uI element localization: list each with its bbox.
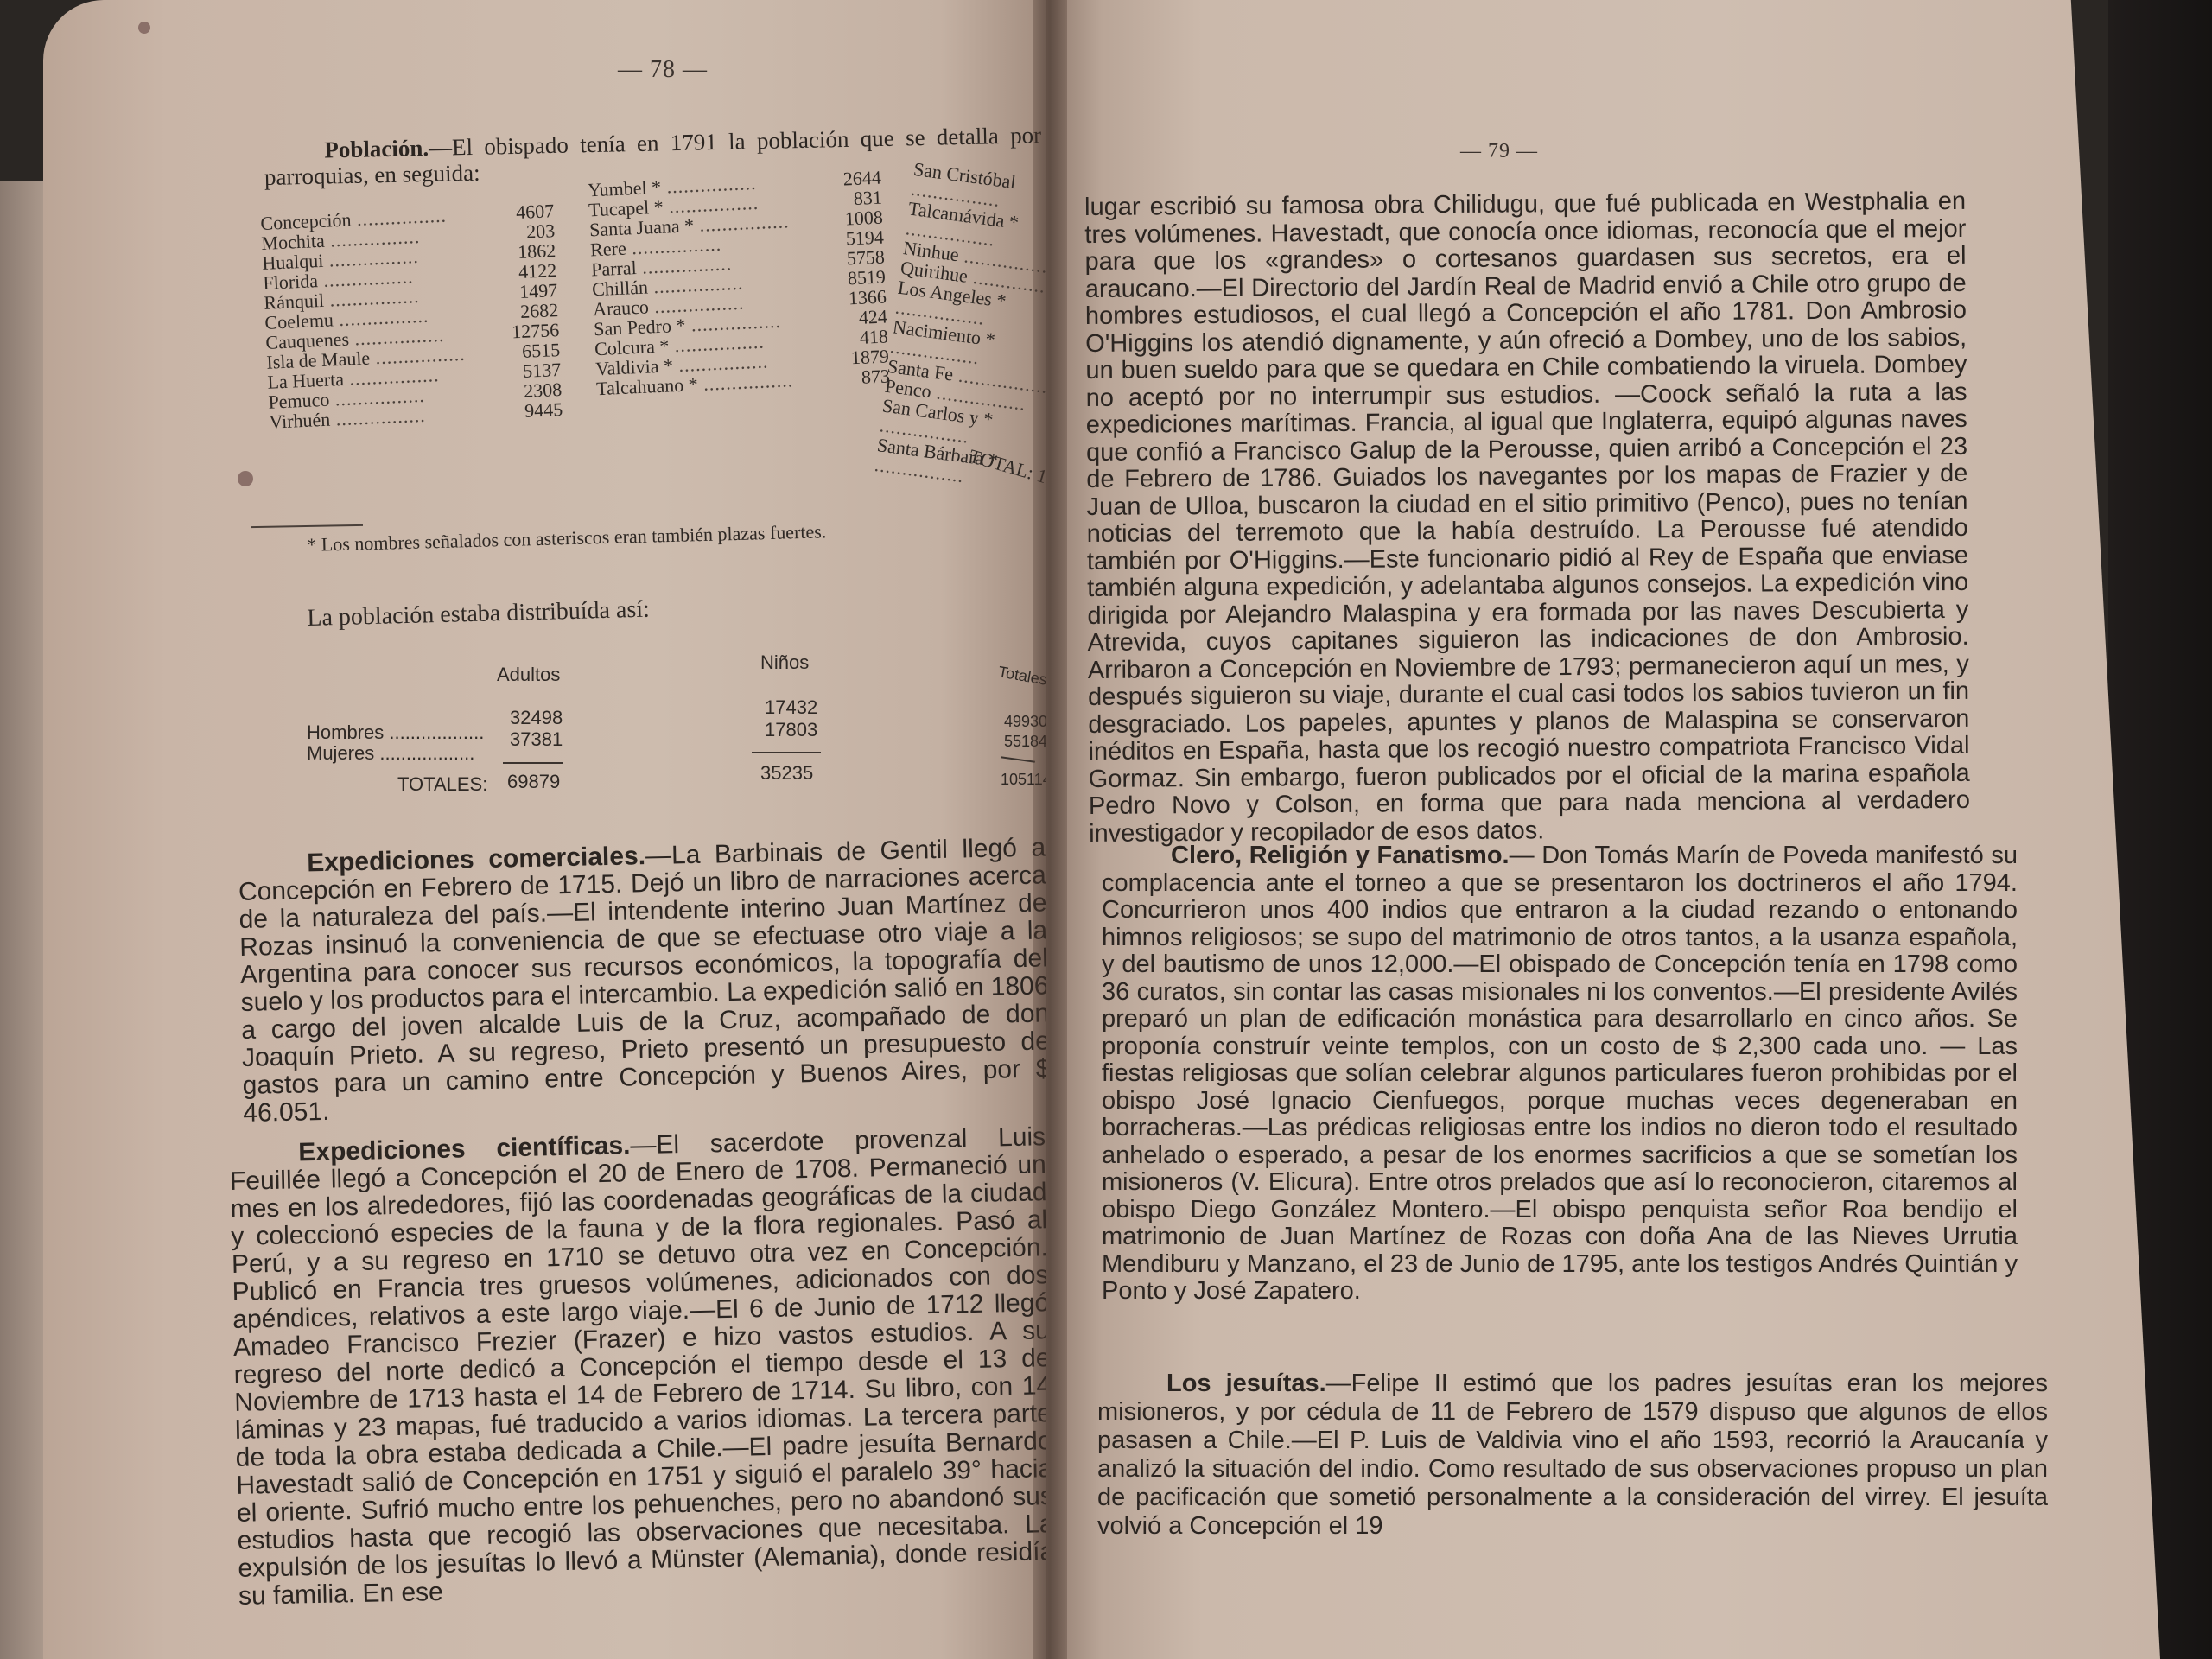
population-distribution-table: Adultos Niños Totales Hombres ..........…	[302, 648, 1046, 821]
expediciones-cientificas-paragraph: Expediciones científicas.—El sacerdote p…	[229, 1123, 1055, 1611]
westphalia-continuation-paragraph: lugar escribió su famosa obra Chilidugu,…	[1084, 188, 1970, 848]
parish-column-1: Concepción4607 Mochita203 Hualqui1862 Fl…	[259, 181, 566, 505]
poblacion-heading: Población.	[324, 135, 429, 163]
continuation-text: lugar escribió su famosa obra Chilidugu,…	[1084, 188, 1970, 848]
ink-spot	[238, 471, 253, 486]
mujeres-ninos: 17803	[765, 719, 817, 741]
page-number-78: — 78 —	[618, 56, 708, 84]
parish-column-2: Yumbel *2644 Tucapel *831 Santa Juana *1…	[588, 168, 894, 491]
header-adultos: Adultos	[497, 664, 560, 686]
ink-spot	[138, 22, 150, 34]
totales-ninos: 35235	[760, 762, 813, 785]
cientificas-body: —El sacerdote provenzal Luis Feuillée ll…	[230, 1122, 1055, 1611]
totales-adultos: 69879	[507, 771, 560, 793]
sum-rule-adultos	[503, 762, 563, 764]
totales-label: TOTALES:	[397, 773, 487, 796]
jesuitas-paragraph: Los jesuítas.—Felipe II estimó que los p…	[1097, 1370, 2048, 1541]
book-gutter	[1033, 0, 1067, 1659]
hombres-adultos: 32498	[510, 707, 563, 729]
sum-rule-ninos	[752, 752, 821, 753]
row-label-hombres: Hombres ..................	[307, 721, 484, 744]
mujeres-adultos: 37381	[510, 728, 563, 751]
clero-paragraph: Clero, Religión y Fanatismo.— Don Tomás …	[1102, 842, 2018, 1306]
jesuitas-heading: Los jesuítas.	[1166, 1370, 1326, 1397]
page-number-79: — 79 —	[1460, 140, 1538, 163]
clero-body: — Don Tomás Marín de Poveda manifestó su…	[1102, 842, 2018, 1305]
hombres-ninos: 17432	[765, 696, 817, 719]
header-ninos: Niños	[760, 652, 809, 674]
clero-heading: Clero, Religión y Fanatismo.	[1171, 842, 1510, 869]
row-label-mujeres: Mujeres ..................	[307, 742, 474, 765]
comerciales-body: —La Barbinais de Gentil llegó a Concepci…	[238, 833, 1051, 1128]
expediciones-comerciales-paragraph: Expediciones comerciales.—La Barbinais d…	[238, 834, 1051, 1128]
sum-rule-totales	[1001, 756, 1035, 763]
